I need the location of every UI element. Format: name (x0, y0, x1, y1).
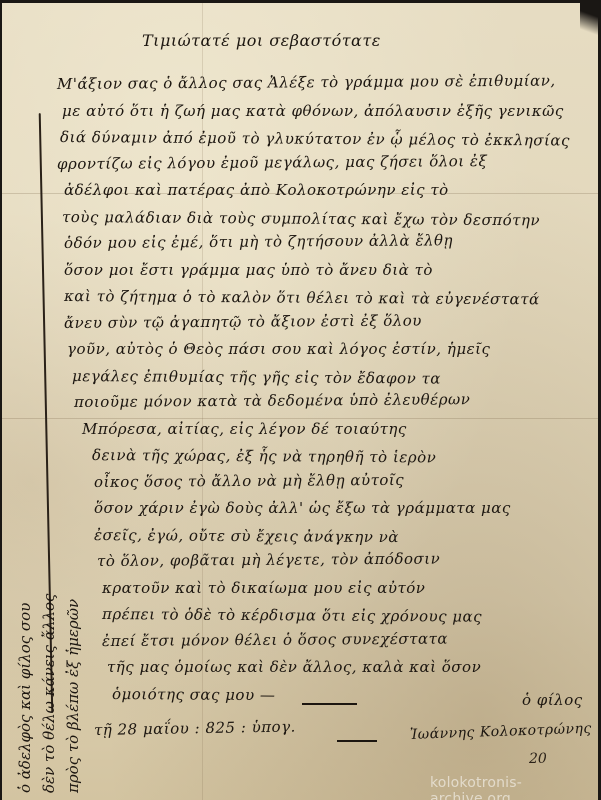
margin-note-line: ὁ ἀδελφὸς καὶ φίλος σου (16, 603, 34, 793)
body-line: Μπόρεσα, αἰτίας, εἰς λέγον δέ τοιαύτης (82, 420, 577, 438)
signature: Ἰωάννης Κολοκοτρώνης (410, 721, 592, 743)
body-line: κρατοῦν καὶ τὸ δικαίωμα μου εἰς αὐτόν (102, 579, 577, 597)
body-line: ποιοῦμε μόνον κατὰ τὰ δεδομένα ὑπὸ ἐλευθ… (74, 389, 577, 411)
letter-page: Τιμιώτατέ μοι σεβαστότατε Μ'ά̓ξιον σας ὁ… (2, 3, 598, 800)
closing: ὁ φίλος (522, 691, 583, 709)
body-line: ὁδόν μου εἰς ἐμέ, ὅτι μὴ τὸ ζητήσουν ἀλλ… (64, 230, 577, 252)
body-line: ὅσον μοι ἔστι γράμμα μας ὑπὸ τὸ ἄνευ διὰ… (64, 261, 577, 279)
watermark: kolokotronis-archive.org (430, 775, 598, 800)
body-line: διά δύναμιν ἀπό ἐμοῦ τὸ γλυκύτατον ἐν ᾧ … (60, 128, 577, 150)
margin-note-line: πρὸς τὸ βλέπω ἐξ ἡμερῶν (64, 599, 82, 793)
body-line: τῆς μας ὁμοίως καὶ δὲν ἄλλος, καλὰ καὶ ὅ… (107, 658, 577, 676)
body-line: ἐπεί ἔτσι μόνον θέλει ὁ ὅσος συνεχέστατα (102, 628, 577, 649)
body-line: ἄνευ σὺν τῷ ἀγαπητῷ τὸ ἄξιον ἐστὶ ἐξ ὅλο… (64, 310, 577, 332)
body-line: φροντίζω εἰς λόγου ἐμοῦ μεγάλως, μας ζήσ… (57, 151, 577, 173)
body-line: ἐσεῖς, ἐγώ, οὔτε σὺ ἔχεις ἀνάγκην νὰ (94, 526, 577, 547)
body-line: οἶκος ὅσος τὸ ἄλλο νὰ μὴ ἔλθῃ αὐτοῖς (94, 469, 577, 490)
body-line: ὅσον χάριν ἐγὼ δοὺς ἀλλ' ὡς ἔξω τὰ γράμμ… (94, 499, 577, 517)
body-line: καὶ τὸ ζήτημα ὁ τὸ καλὸν ὅτι θέλει τὸ κα… (64, 287, 577, 309)
letter-salutation: Τιμιώτατέ μοι σεβαστότατε (142, 31, 381, 50)
torn-corner (580, 3, 598, 43)
body-line: τοὺς μαλάδιαν διὰ τοὺς συμπολίτας καὶ ἔχ… (62, 208, 577, 230)
body-line: μεγάλες ἐπιθυμίας τῆς γῆς εἰς τὸν ἔδαφον… (72, 367, 577, 389)
body-line: γοῦν, αὐτὸς ὁ Θεὸς πάσι σου καὶ λόγος ἐσ… (67, 340, 577, 358)
body-line: πρέπει τὸ ὁδὲ τὸ κέρδισμα ὅτι εἰς χρόνου… (102, 605, 577, 626)
date-line: τῇ 28 μαΐου : 825 : ὑπογ. (94, 717, 296, 739)
margin-note-line: δὲν τὸ θέλω κάνεις ἄλλος (40, 594, 58, 793)
body-line: ἀδέλφοι καὶ πατέρας ἀπὸ Κολοκοτρώνην εἰς… (64, 181, 577, 199)
closing-dash (302, 703, 357, 705)
date-dash (337, 740, 377, 742)
body-line: με αὐτό ὅτι ἡ ζωή μας κατὰ φθόνων, ἀπόλα… (62, 102, 577, 120)
body-line: Μ'ά̓ξιον σας ὁ ἄλλος σας Ἀλέξε τὸ γράμμα… (57, 71, 577, 93)
page-number: 20 (529, 751, 547, 767)
body-line: τὸ ὅλον, φοβᾶται μὴ λέγετε, τὸν ἀπόδοσιν (97, 549, 577, 570)
body-line: δεινὰ τῆς χώρας, ἐξ ἧς νὰ τηρηθῆ τὸ ἱερὸ… (92, 446, 577, 467)
